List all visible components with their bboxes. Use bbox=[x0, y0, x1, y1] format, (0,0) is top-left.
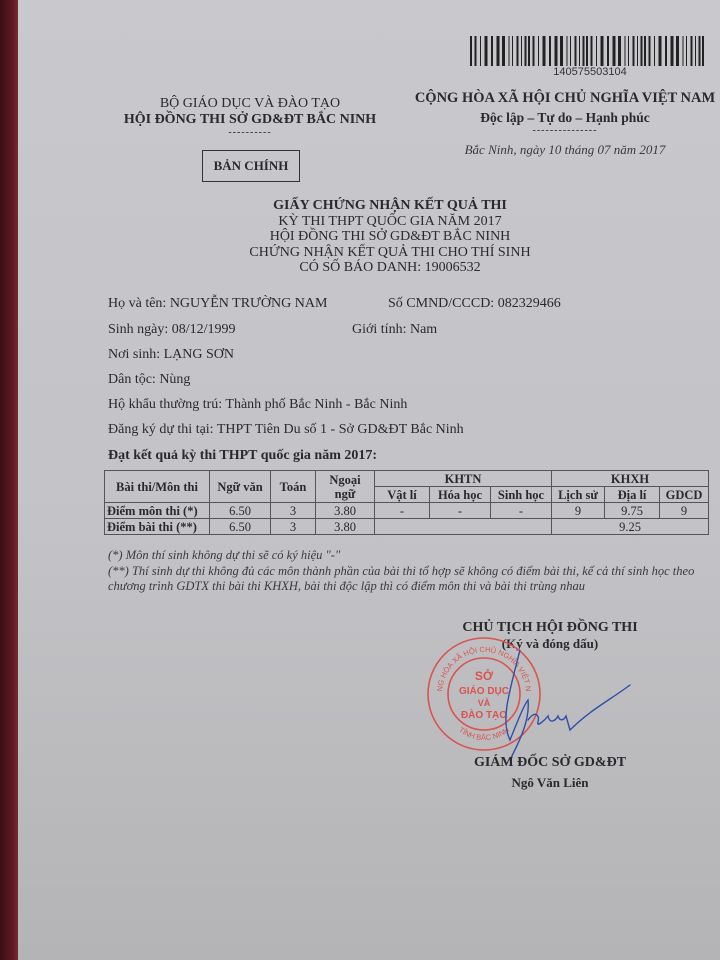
candidate-gender: Giới tính: Nam bbox=[352, 322, 437, 338]
header-khxh: KHXH bbox=[552, 471, 709, 487]
cell-khxh: 9.25 bbox=[552, 519, 709, 535]
candidate-name: Họ và tên: NGUYỄN TRƯỜNG NAM bbox=[108, 296, 327, 312]
footnotes: (*) Môn thí sinh không dự thi sẽ có ký h… bbox=[108, 548, 708, 595]
country-name: CỘNG HÒA XÃ HỘI CHỦ NGHĨA VIỆT NAM bbox=[400, 90, 720, 107]
header-khtn: KHTN bbox=[375, 471, 552, 487]
results-heading: Đạt kết quả kỳ thi THPT quốc gia năm 201… bbox=[108, 448, 377, 464]
footnote-1: (*) Môn thí sinh không dự thi sẽ có ký h… bbox=[108, 548, 708, 564]
header-chemistry: Hóa học bbox=[430, 487, 491, 503]
ministry-name: BỘ GIÁO DỤC VÀ ĐÀO TẠO bbox=[80, 96, 420, 112]
table-row: Điểm bài thi (**) 6.50 3 3.80 9.25 bbox=[105, 519, 709, 535]
header-history: Lịch sử bbox=[552, 487, 605, 503]
cell-physics: - bbox=[375, 503, 430, 519]
certificate-title: GIẤY CHỨNG NHẬN KẾT QUẢ THI KỲ THI THPT … bbox=[150, 198, 630, 276]
title-council: HỘI ĐỒNG THI SỞ GD&ĐT BẮC NINH bbox=[150, 229, 630, 245]
header-foreign-lang: Ngoại ngữ bbox=[316, 471, 375, 503]
title-candidate-number: CÓ SỐ BÁO DANH: 19006532 bbox=[150, 260, 630, 276]
title-main: GIẤY CHỨNG NHẬN KẾT QUẢ THI bbox=[150, 198, 630, 214]
row-label: Điểm môn thi (*) bbox=[105, 503, 210, 519]
table-row: Điểm môn thi (*) 6.50 3 3.80 - - - 9 9.7… bbox=[105, 503, 709, 519]
candidate-dob: Sinh ngày: 08/12/1999 bbox=[108, 322, 236, 338]
director-name: Ngô Văn Liên bbox=[440, 775, 660, 791]
header-biology: Sinh học bbox=[491, 487, 552, 503]
cell-foreign-lang: 3.80 bbox=[316, 519, 375, 535]
cell-biology: - bbox=[491, 503, 552, 519]
header-left: BỘ GIÁO DỤC VÀ ĐÀO TẠO HỘI ĐỒNG THI SỞ G… bbox=[80, 96, 420, 138]
candidate-residence: Hộ khẩu thường trú: Thành phố Bắc Ninh -… bbox=[108, 397, 407, 413]
cell-geography: 9.75 bbox=[605, 503, 660, 519]
row-label: Điểm bài thi (**) bbox=[105, 519, 210, 535]
cell-foreign-lang: 3.80 bbox=[316, 503, 375, 519]
candidate-ethnicity: Dân tộc: Nùng bbox=[108, 372, 190, 388]
original-copy-box: BẢN CHÍNH bbox=[202, 150, 300, 182]
separator: ---------- bbox=[80, 128, 420, 138]
cell-math: 3 bbox=[271, 503, 316, 519]
title-exam: KỲ THI THPT QUỐC GIA NĂM 2017 bbox=[150, 214, 630, 230]
candidate-id: Số CMND/CCCD: 082329466 bbox=[388, 296, 561, 312]
scores-table: Bài thi/Môn thi Ngữ văn Toán Ngoại ngữ K… bbox=[104, 470, 709, 535]
barcode bbox=[470, 36, 710, 68]
director-position: GIÁM ĐỐC SỞ GD&ĐT bbox=[440, 755, 660, 771]
candidate-registered-at: Đăng ký dự thi tại: THPT Tiên Du số 1 - … bbox=[108, 422, 464, 438]
title-certify: CHỨNG NHẬN KẾT QUẢ THI CHO THÍ SINH bbox=[150, 245, 630, 261]
director-block: GIÁM ĐỐC SỞ GD&ĐT Ngô Văn Liên bbox=[440, 755, 660, 791]
header-civics: GDCD bbox=[660, 487, 709, 503]
header-row-label: Bài thi/Môn thi bbox=[105, 471, 210, 503]
cell-math: 3 bbox=[271, 519, 316, 535]
cell-literature: 6.50 bbox=[210, 503, 271, 519]
header-right: CỘNG HÒA XÃ HỘI CHỦ NGHĨA VIỆT NAM Độc l… bbox=[400, 90, 720, 158]
header-math: Toán bbox=[271, 471, 316, 503]
issue-date: Bắc Ninh, ngày 10 tháng 07 năm 2017 bbox=[400, 142, 720, 158]
stamp-center-3: VÀ bbox=[478, 698, 491, 708]
cell-history: 9 bbox=[552, 503, 605, 519]
header-geography: Địa lí bbox=[605, 487, 660, 503]
header-literature: Ngữ văn bbox=[210, 471, 271, 503]
header-physics: Vật lí bbox=[375, 487, 430, 503]
cell-civics: 9 bbox=[660, 503, 709, 519]
motto: Độc lập – Tự do – Hạnh phúc bbox=[400, 110, 720, 126]
cell-khtn bbox=[375, 519, 552, 535]
separator: --------------- bbox=[400, 126, 720, 136]
council-name: HỘI ĐỒNG THI SỞ GD&ĐT BẮC NINH bbox=[80, 112, 420, 128]
background-edge bbox=[0, 0, 18, 960]
barcode-number: 140575503104 bbox=[470, 66, 710, 78]
candidate-birthplace: Nơi sinh: LẠNG SƠN bbox=[108, 347, 234, 363]
footnote-2: (**) Thí sinh dự thi không đủ các môn th… bbox=[108, 564, 708, 595]
cell-literature: 6.50 bbox=[210, 519, 271, 535]
cell-chemistry: - bbox=[430, 503, 491, 519]
